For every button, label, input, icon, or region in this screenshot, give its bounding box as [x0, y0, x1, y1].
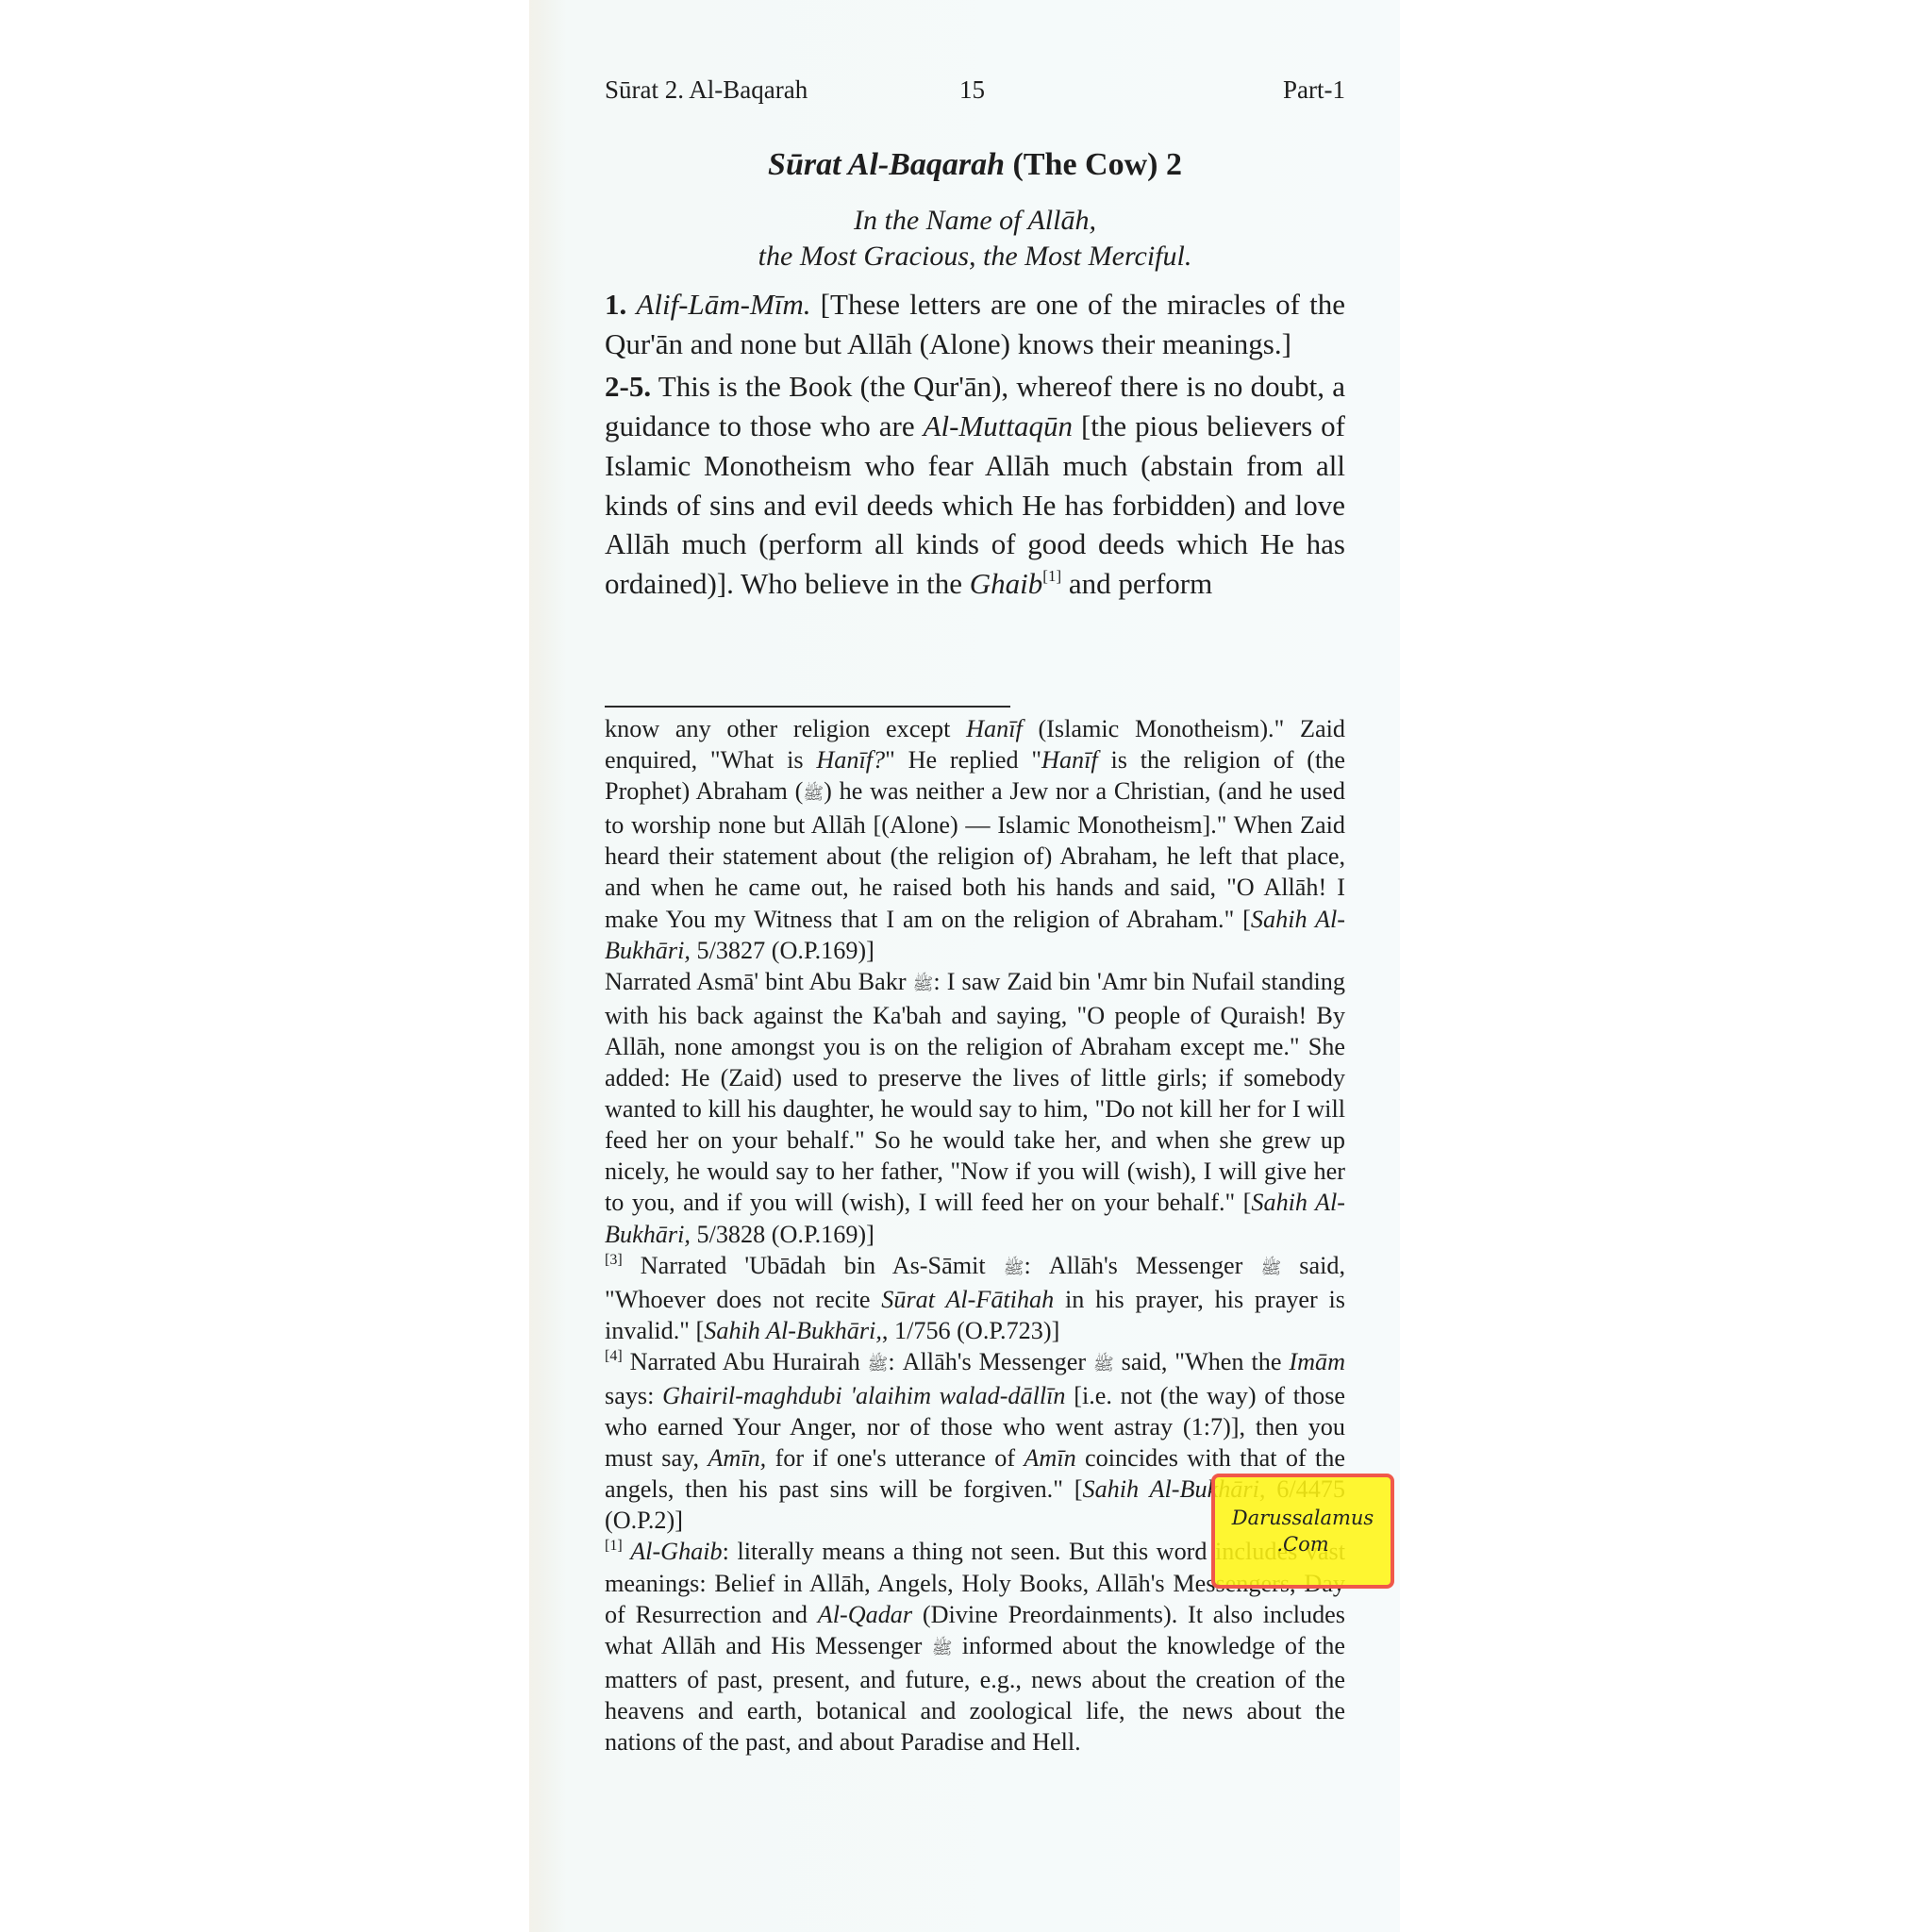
- surah-title-rest: (The Cow) 2: [1005, 147, 1182, 182]
- italic-term: Imām: [1289, 1348, 1345, 1375]
- verse: 2-5. This is the Book (the Qur'ān), wher…: [605, 367, 1345, 603]
- basmala-line-1: In the Name of Allāh,: [605, 203, 1345, 239]
- surah-title: Sūrat Al-Baqarah (The Cow) 2: [605, 147, 1345, 183]
- honorific-glyph-icon: ﷺ: [913, 974, 934, 993]
- text-run: said, "When the: [1114, 1348, 1290, 1375]
- italic-term: Hanīf: [966, 715, 1023, 742]
- footnote-reference: [1]: [1042, 567, 1061, 585]
- honorific-glyph-icon: ﷺ: [1004, 1258, 1024, 1277]
- text-run: [623, 1538, 631, 1565]
- text-run: know any other religion except: [605, 715, 966, 742]
- italic-term: Amīn,: [708, 1444, 766, 1472]
- verses-block: 1. Alif-Lām-Mīm. [These letters are one …: [605, 285, 1345, 608]
- italic-term: Ghaib: [970, 567, 1043, 600]
- text-run: Narrated 'Ubādah bin As-Sāmit: [623, 1252, 1004, 1279]
- text-run: : I saw Zaid bin 'Amr bin Nufail standin…: [605, 968, 1345, 1217]
- footnote: [3] Narrated 'Ubādah bin As-Sāmit ﷺ: All…: [605, 1250, 1345, 1346]
- honorific-glyph-icon: ﷺ: [803, 784, 824, 803]
- italic-term: Ghairil-maghdubi 'alaihim walad-dāllīn: [662, 1382, 1065, 1409]
- text-run: Narrated Abu Hurairah: [623, 1348, 868, 1375]
- text-run: [626, 288, 636, 321]
- page-number: 15: [959, 75, 985, 105]
- footnote: know any other religion except Hanīf (Is…: [605, 713, 1345, 966]
- running-head-surah: Sūrat 2. Al-Baqarah: [605, 75, 808, 105]
- text-run: and perform: [1061, 567, 1212, 600]
- italic-term: Amīn: [1024, 1444, 1075, 1472]
- footnote-marker: [1]: [605, 1538, 623, 1554]
- italic-term: Al-Ghaib: [630, 1538, 722, 1565]
- footnote-marker: [3]: [605, 1252, 623, 1268]
- footnote: Narrated Asmā' bint Abu Bakr ﷺ: I saw Za…: [605, 966, 1345, 1250]
- watermark-badge: Darussalamus .Com: [1211, 1474, 1394, 1589]
- italic-term: Alif-Lām-Mīm.: [636, 288, 810, 321]
- running-head: Sūrat 2. Al-Baqarah 15 Part-1: [605, 75, 1345, 113]
- italic-term: Al-Muttaqūn: [924, 409, 1073, 442]
- text-run: " He replied ": [885, 746, 1041, 774]
- honorific-glyph-icon: ﷺ: [868, 1355, 889, 1374]
- honorific-glyph-icon: ﷺ: [1260, 1258, 1281, 1277]
- verse-number: 1.: [605, 288, 626, 321]
- text-run: 5/3827 (O.P.169)]: [691, 937, 874, 964]
- watermark-line-2: .Com: [1215, 1531, 1391, 1557]
- verse: 1. Alif-Lām-Mīm. [These letters are one …: [605, 285, 1345, 363]
- text-run: for if one's utterance of: [766, 1444, 1024, 1472]
- text-run: 5/3828 (O.P.169)]: [691, 1221, 874, 1248]
- italic-term: Sūrat Al-Fātihah: [881, 1286, 1054, 1313]
- text-run: Narrated Asmā' bint Abu Bakr: [605, 968, 913, 995]
- text-run: : Allāh's Messenger: [1024, 1252, 1260, 1279]
- footnote-marker: [4]: [605, 1348, 623, 1364]
- running-head-part: Part-1: [1283, 75, 1345, 105]
- italic-term: Sahih Al-Bukhāri,: [704, 1317, 882, 1344]
- footnotes-block: know any other religion except Hanīf (Is…: [605, 713, 1345, 1757]
- text-run: , 1/756 (O.P.723)]: [882, 1317, 1059, 1344]
- text-run: says:: [605, 1382, 662, 1409]
- honorific-glyph-icon: ﷺ: [932, 1639, 953, 1657]
- book-page: Sūrat 2. Al-Baqarah 15 Part-1 Sūrat Al-B…: [529, 0, 1400, 1932]
- italic-term: Al-Qadar: [818, 1601, 912, 1628]
- footnote-divider: [605, 706, 1010, 708]
- italic-term: Hanīf?: [816, 746, 885, 774]
- text-run: : Allāh's Messenger: [888, 1348, 1093, 1375]
- basmala: In the Name of Allāh, the Most Gracious,…: [605, 203, 1345, 275]
- honorific-glyph-icon: ﷺ: [1093, 1355, 1114, 1374]
- verse-number: 2-5.: [605, 370, 651, 403]
- basmala-line-2: the Most Gracious, the Most Merciful.: [605, 239, 1345, 275]
- surah-title-name: Sūrat Al-Baqarah: [768, 147, 1005, 182]
- italic-term: Hanīf: [1041, 746, 1098, 774]
- watermark-line-1: Darussalamus: [1215, 1505, 1391, 1531]
